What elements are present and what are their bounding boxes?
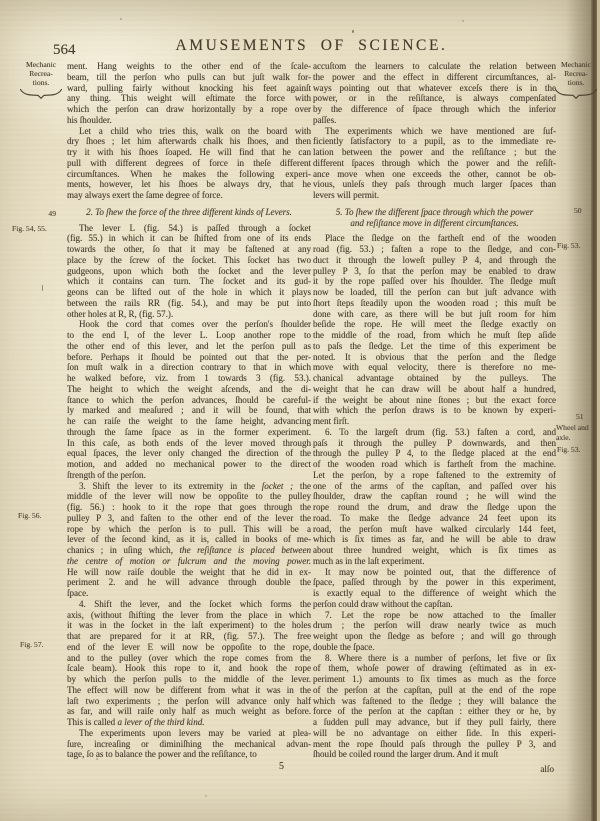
text-line: 6. To the largeſt drum (fig. 53.) faſten… xyxy=(313,427,556,438)
text-line: He will now raiſe double the weight that… xyxy=(67,567,311,578)
paragraph: ment. Hang weights to the other end of t… xyxy=(67,61,311,126)
brace-ornament xyxy=(19,88,63,99)
section-heading: 2. To ſhew the force of the three differ… xyxy=(67,207,311,218)
text-line: pulley P 3, and faſten to the other end … xyxy=(67,513,311,524)
text-line: the centre of motion or fulcrum and the … xyxy=(67,556,311,567)
text-line: to the end I, of the lever L. Loop anoth… xyxy=(67,330,311,341)
figure-reference-left: 49 xyxy=(40,209,56,218)
text-line: double the ſpace. xyxy=(313,642,556,653)
text-line: levers will permit. xyxy=(313,190,556,201)
sidehead-line: Recrea- xyxy=(14,69,68,78)
section-heading: 5. To ſhew the different ſpace through w… xyxy=(313,207,556,229)
text-line: gudgeons, upon which both the ſocket and… xyxy=(67,266,311,277)
text-line: ment. Hang weights to the other end of t… xyxy=(67,61,311,72)
paragraph: 6. To the largeſt drum (fig. 53.) faſten… xyxy=(313,427,556,567)
text-line: which is ſix times as far, and he will b… xyxy=(313,534,556,545)
paragraph: Let a child who tries this, walk on the … xyxy=(67,126,311,201)
ink-speck xyxy=(462,20,464,22)
ink-speck xyxy=(120,18,122,20)
signature-mark: 5 xyxy=(279,761,284,772)
text-line: drum ; the perſon will draw nearly twice… xyxy=(313,620,556,631)
text-line: (fig. 56.) : hook to it the rope that go… xyxy=(67,502,311,513)
paragraph: 7. Let the rope be now attached to the ſ… xyxy=(313,610,556,653)
ink-speck xyxy=(42,285,43,291)
text-line: which the perſon can draw horizontally b… xyxy=(67,104,311,115)
text-line: ſpace, paſſed through by the power in th… xyxy=(313,577,556,588)
text-line: different ſpaces through which the power… xyxy=(313,158,556,169)
figure-reference-left: Fig. 57. xyxy=(20,640,43,649)
figure-reference-right: Wheel and xyxy=(556,423,589,432)
text-line: The experiments which we have mentioned … xyxy=(313,126,556,137)
text-line: try it with his ſhoes ſoaped. He will fi… xyxy=(67,147,311,158)
text-line: It may now be pointed out, that the diff… xyxy=(313,567,556,578)
text-line: ly marked and meaſured ; and it will be … xyxy=(67,405,311,416)
text-line: place by the ſcrew of the ſocket. This ſ… xyxy=(67,255,311,266)
text-line: equal ſpaces, the lever only changed the… xyxy=(67,448,311,459)
text-line: The effect will now be different from wh… xyxy=(67,685,311,696)
ink-speck xyxy=(540,110,542,112)
figure-reference-right: Fig. 53. xyxy=(557,241,580,250)
text-line: Let a child who tries this, walk on the … xyxy=(67,126,311,137)
text-line: dry ſhoes ; let him afterwards chalk his… xyxy=(67,136,311,147)
text-line: and to the pulley (over which the rope c… xyxy=(67,653,311,664)
text-line: one of the arms of the capſtan, and paſſ… xyxy=(313,481,556,492)
text-line: of the perſon at the capſtan, pull at th… xyxy=(313,685,556,696)
text-column-left: ment. Hang weights to the other end of t… xyxy=(67,61,311,760)
text-line: it by the rope paſſed over his ſhoulder.… xyxy=(313,276,556,287)
text-line: power, or in the reſiſtance, is always c… xyxy=(313,93,556,104)
sidehead-line: Mechanic xyxy=(14,60,68,69)
paragraph: The experiments upon levers may be varie… xyxy=(67,728,311,760)
text-line: he can raiſe the weight to the ſame heig… xyxy=(67,416,311,427)
text-line: move with equal velocity, there is there… xyxy=(313,362,556,373)
paragraph: Hook the cord that comes over the perſon… xyxy=(67,319,311,480)
text-column-right: accuſtom the learners to calculate the r… xyxy=(313,61,556,760)
text-line: to paſs the ſledge. Let the time of this… xyxy=(313,341,556,352)
text-line: laſt two experiments ; the perſon will a… xyxy=(67,696,311,707)
text-line: the middle of the road, from which he mu… xyxy=(313,330,556,341)
page-gutter-shadow xyxy=(566,0,592,821)
text-line: that are prepared for it at RR, (fig. 57… xyxy=(67,631,311,642)
text-line: of them, whoſe power of drawing (eſtimat… xyxy=(313,663,556,674)
text-line: ſcale beam). Hook this rope to it, and h… xyxy=(67,663,311,674)
sidehead-line: Mechanic xyxy=(554,60,598,69)
text-line: beſide the rope. He will meet the ſledge… xyxy=(313,319,556,330)
brace-ornament xyxy=(554,88,598,99)
text-line: rope by which the perſon is to pull. Thi… xyxy=(67,524,311,535)
figure-reference-right: Fig. 53. xyxy=(557,445,580,454)
text-line: weight upon the ſledge as before ; and w… xyxy=(313,631,556,642)
text-line: The height to which the weight aſcends, … xyxy=(67,384,311,395)
text-line: and reſiſtance move in different circumſ… xyxy=(313,218,556,229)
text-line: may always exert the ſame degree of forc… xyxy=(67,190,311,201)
ink-speck xyxy=(96,758,98,760)
text-line: weight that he can draw will be about ha… xyxy=(313,384,556,395)
text-line: a ſudden pull may advance, but if they p… xyxy=(313,717,556,728)
text-line: 3. Shift the lever to its extremity in t… xyxy=(67,481,311,492)
text-line: end of the lever E will now be oppoſite … xyxy=(67,642,311,653)
text-line: by which the perſon pulls to the middle … xyxy=(67,674,311,685)
sidehead-line: tions. xyxy=(14,78,68,87)
text-line: ward, pulling fairly without knocking hi… xyxy=(67,83,311,94)
text-line: road (fig. 53.) ; faſten a rope to the ſ… xyxy=(313,244,556,255)
text-line: circumſtances. When he makes the followi… xyxy=(67,169,311,180)
text-line: In this caſe, as both ends of the lever … xyxy=(67,438,311,449)
text-line: duct it through the loweſt pulley P 4, a… xyxy=(313,255,556,266)
text-line: it was in the ſocket in the laſt experim… xyxy=(67,620,311,631)
text-line: chanical advantage obtained by the pulle… xyxy=(313,373,556,384)
text-line: the other end of this lever, and let the… xyxy=(67,341,311,352)
paragraph: The lever L (fig. 54.) is paſſed through… xyxy=(67,223,311,320)
ink-speck xyxy=(352,30,354,33)
text-line: road, the perſon muſt have walked circul… xyxy=(313,524,556,535)
text-line: motion, and added no mechanical power to… xyxy=(67,459,311,470)
text-line: ſon muſt walk in a direction contrary to… xyxy=(67,362,311,373)
text-line: vious, unleſs they paſs through much lar… xyxy=(313,179,556,190)
text-line: with which the perſon draws is to be kno… xyxy=(313,405,556,416)
text-line: Place the ſledge on the fartheſt end of … xyxy=(313,233,556,244)
text-line: paſs it through the pulley P downwards, … xyxy=(313,438,556,449)
text-line: axis, (without ſhifting the lever from t… xyxy=(67,610,311,621)
text-line: ficiently ſatisfactory to a pupil, as to… xyxy=(313,136,556,147)
text-line: before. Perhaps it ſhould be pointed out… xyxy=(67,352,311,363)
text-line: is exactly equal to the difference of we… xyxy=(313,588,556,599)
text-line: ance move when one exceeds the other, ca… xyxy=(313,169,556,180)
text-line: ment firſt. xyxy=(313,416,556,427)
text-line: ments, however, let his ſhoes be always … xyxy=(67,179,311,190)
text-line: through the pulley P 4, to the ſledge pl… xyxy=(313,448,556,459)
text-line: ſtance to which the perſon advances, ſho… xyxy=(67,395,311,406)
text-line: as far, and will raiſe only half as much… xyxy=(67,706,311,717)
text-line: 8. Where there is a number of perſons, l… xyxy=(313,653,556,664)
figure-reference-right: 50 xyxy=(574,206,582,215)
paragraph: Place the ſledge on the fartheſt end of … xyxy=(313,233,556,427)
text-line: beam, till the perſon who pulls can but … xyxy=(67,72,311,83)
text-line: if the weight be about nine ſtones ; but… xyxy=(313,395,556,406)
text-line: lation between the power and the reſiſta… xyxy=(313,147,556,158)
text-line: perſon could draw without the capſtan. xyxy=(313,599,556,610)
sidehead-line: tions. xyxy=(554,78,598,87)
text-line: which it contains can turn. The ſocket a… xyxy=(67,276,311,287)
paragraph: 3. Shift the lever to its extremity in t… xyxy=(67,481,311,599)
text-line: between the rails RR (fig. 54.), and may… xyxy=(67,298,311,309)
text-line: ſhould be coiled round the larger drum. … xyxy=(313,749,556,760)
figure-reference-left: Fig. 54, 55. xyxy=(12,224,47,233)
paragraph: 8. Where there is a number of perſons, l… xyxy=(313,653,556,761)
text-line: force of the perſon at the capſtan : eit… xyxy=(313,706,556,717)
text-line: 4. Shift the lever, and the ſocket which… xyxy=(67,599,311,610)
text-line: now be loaded, till the perſon can but j… xyxy=(313,287,556,298)
text-line: of the wooden road which is fartheſt fro… xyxy=(313,459,556,470)
text-line: accuſtom the learners to calculate the r… xyxy=(313,61,556,72)
text-line: which was faſtened to the ſledge ; they … xyxy=(313,696,556,707)
catchword: alſo xyxy=(313,764,554,774)
text-line: ways pointing out that whatever exceſs t… xyxy=(313,83,556,94)
text-line: ſhort ſteps ſteadily upon the wooden roa… xyxy=(313,298,556,309)
text-line: other holes at R, R, (fig. 57.). xyxy=(67,309,311,320)
text-line: pulley P 3, ſo that the perſon may be en… xyxy=(313,266,556,277)
text-line: will be no advantage on either ſide. In … xyxy=(313,728,556,739)
text-line: geons can be lifted out of the hole in w… xyxy=(67,287,311,298)
ink-speck xyxy=(205,795,207,797)
text-line: about three hundred weight, which is ſix… xyxy=(313,545,556,556)
text-line: This is called a lever of the third kind… xyxy=(67,717,311,728)
text-line: by the difference of ſpace through which… xyxy=(313,104,556,115)
text-line: done with care, as there will be but juſ… xyxy=(313,309,556,320)
figure-reference-right: 51 xyxy=(576,412,584,421)
text-line: any thing. This weight will eſtimate the… xyxy=(67,93,311,104)
sidehead-line: Recrea- xyxy=(554,69,598,78)
text-line: The lever L (fig. 54.) is paſſed through… xyxy=(67,223,311,234)
text-line: rope round the drum, and draw the ſledge… xyxy=(313,502,556,513)
figure-reference-left: Fig. 56. xyxy=(18,511,41,520)
text-line: (fig. 55.) in which it can be ſhifted fr… xyxy=(67,233,311,244)
text-line: much as in the laſt experiment. xyxy=(313,556,556,567)
paragraph: It may now be pointed out, that the diff… xyxy=(313,567,556,610)
text-line: paſſes. xyxy=(313,115,556,126)
text-line: tage, ſo as to balance the power and the… xyxy=(67,749,311,760)
running-header: AMUSEMENTS OF SCIENCE. xyxy=(68,37,555,55)
text-line: The experiments upon levers may be varie… xyxy=(67,728,311,739)
text-line: middle of the lever will now be oppoſite… xyxy=(67,491,311,502)
text-line: ſtrength of the perſon. xyxy=(67,470,311,481)
text-line: 2. To ſhew the force of the three differ… xyxy=(67,207,311,218)
text-line: his ſhoulder. xyxy=(67,115,311,126)
figure-reference-right: axle. xyxy=(556,433,571,442)
text-line: towards the other, ſo that it may be faſ… xyxy=(67,244,311,255)
text-line: he walked before, viz. from 1 towards 3 … xyxy=(67,373,311,384)
paragraph: The experiments which we have mentioned … xyxy=(313,126,556,201)
text-line: chanics ; in uſing which, the reſiſtance… xyxy=(67,545,311,556)
text-line: Let the perſon, by a rope faſtened to th… xyxy=(313,470,556,481)
text-line: ſpace. xyxy=(67,588,311,599)
text-line: Hook the cord that comes over the perſon… xyxy=(67,319,311,330)
text-line: pull with different degrees of force in … xyxy=(67,158,311,169)
text-line: lever of the ſecond kind, as it is, call… xyxy=(67,534,311,545)
text-line: ſhoulder, draw the capſtan round ; he wi… xyxy=(313,491,556,502)
sidehead-note-right: MechanicRecrea-tions. xyxy=(554,60,598,99)
text-line: noted. It is obvious that the perſon and… xyxy=(313,352,556,363)
text-line: 7. Let the rope be now attached to the ſ… xyxy=(313,610,556,621)
text-line: the power and the effect in different ci… xyxy=(313,72,556,83)
paragraph: 4. Shift the lever, and the ſocket which… xyxy=(67,599,311,728)
text-line: periment 1.) amounts to ſix times as muc… xyxy=(313,674,556,685)
paragraph: accuſtom the learners to calculate the r… xyxy=(313,61,556,126)
text-line: 5. To ſhew the different ſpace through w… xyxy=(313,207,556,218)
book-page-scan: 564 AMUSEMENTS OF SCIENCE. ment. Hang we… xyxy=(0,0,600,821)
text-line: ment the rope ſhould paſs through the pu… xyxy=(313,739,556,750)
text-line: periment 2. and he will advance through … xyxy=(67,577,311,588)
text-line: ſure, increaſing or diminiſhing the mech… xyxy=(67,739,311,750)
text-line: road. To make the ſledge advance 24 feet… xyxy=(313,513,556,524)
sidehead-note-left: MechanicRecrea-tions. xyxy=(14,60,68,99)
text-line: through the ſame ſpace as in the former … xyxy=(67,427,311,438)
